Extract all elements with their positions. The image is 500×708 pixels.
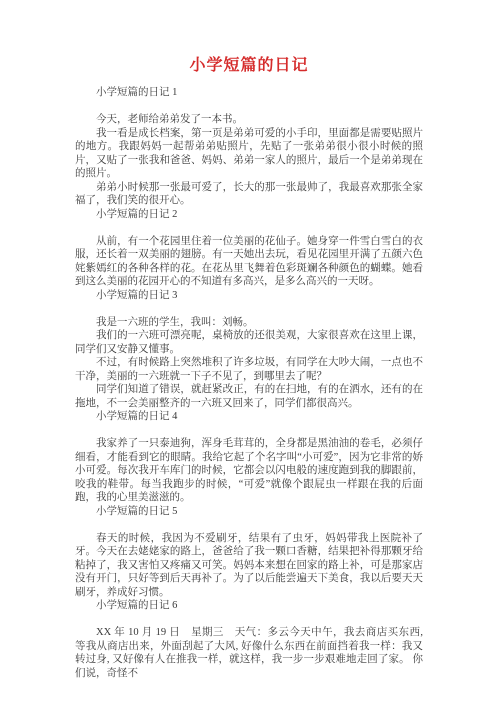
document-title: 小学短篇的日记 bbox=[75, 56, 423, 76]
section-heading: 小学短篇的日记 6 bbox=[75, 599, 423, 613]
section-heading: 小学短篇的日记 2 bbox=[75, 208, 423, 222]
diary-sections: 小学短篇的日记 1今天，老师给弟弟发了一本书。我一看是成长档案，第一页是弟弟可爱… bbox=[75, 86, 423, 680]
diary-paragraph: 弟弟小时候那一张最可爱了，长大的那一张最帅了，我最喜欢那张全家福了，我们笑的很开… bbox=[75, 181, 423, 208]
diary-paragraph: 同学们知道了错误，就赶紧改正，有的在扫地，有的在洒水，还有的在拖地，不一会美丽整… bbox=[75, 383, 423, 410]
diary-paragraph: 我家养了一只泰迪狗，浑身毛茸茸的，全身都是黑油油的卷毛，必须仔细看，才能看到它的… bbox=[75, 437, 423, 505]
diary-paragraph: 从前，有一个花园里住着一位美丽的花仙子。她身穿一件雪白雪白的衣服，还长着一双美丽… bbox=[75, 235, 423, 289]
section-heading: 小学短篇的日记 4 bbox=[75, 410, 423, 424]
section-heading: 小学短篇的日记 5 bbox=[75, 505, 423, 519]
diary-paragraph: 春天的时候，我因为不爱刷牙，结果有了虫牙，妈妈带我上医院补了牙。今天在去姥姥家的… bbox=[75, 532, 423, 600]
diary-paragraph: 我们的一六班可漂亮呢，桌椅放的还很美观，大家很喜欢在这里上课，同学们又安静又懂事… bbox=[75, 329, 423, 356]
section-heading: 小学短篇的日记 1 bbox=[75, 86, 423, 100]
diary-paragraph: 我一看是成长档案，第一页是弟弟可爱的小手印，里面都是需要贴照片的地方。我跟妈妈一… bbox=[75, 127, 423, 181]
document-page: 小学短篇的日记 小学短篇的日记 1今天，老师给弟弟发了一本书。我一看是成长档案，… bbox=[0, 0, 500, 708]
diary-paragraph: 今天，老师给弟弟发了一本书。 bbox=[75, 113, 423, 127]
diary-paragraph: 我是一六班的学生，我叫：刘畅。 bbox=[75, 316, 423, 330]
diary-paragraph: 不过，有时候路上突然堆积了许多垃圾，有同学在大吵大闹，一点也不干净，美丽的一六班… bbox=[75, 356, 423, 383]
section-heading: 小学短篇的日记 3 bbox=[75, 289, 423, 303]
diary-paragraph: XX 年 10 月 19 日 星期三 天气：多云今天中午，我去商店买东西, 等我… bbox=[75, 626, 423, 680]
